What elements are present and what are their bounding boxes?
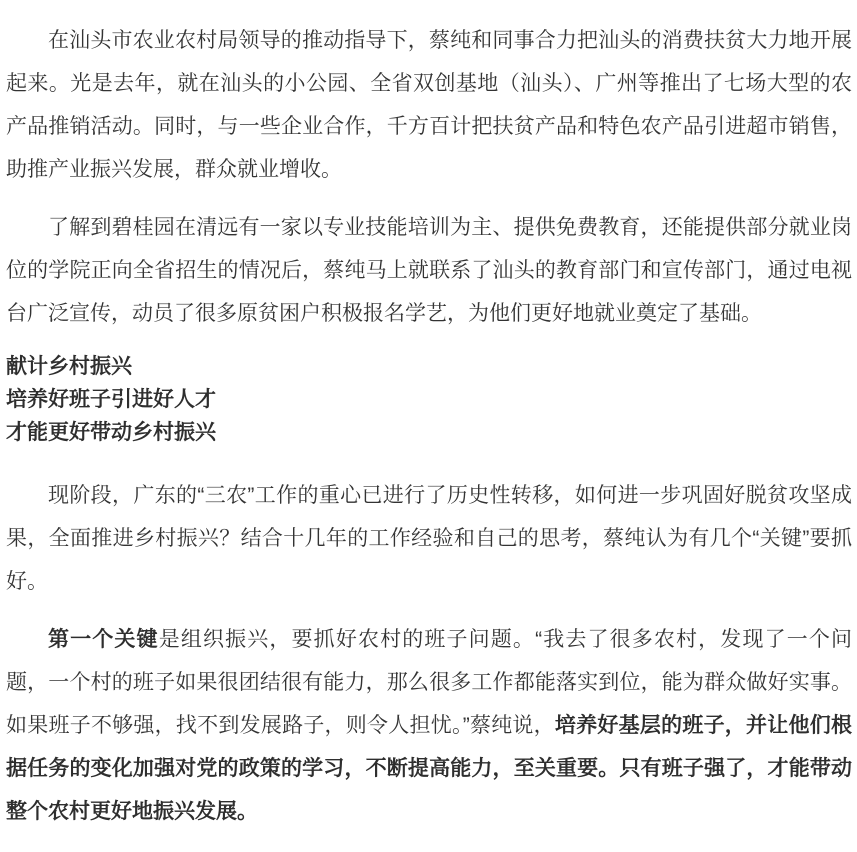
- article-paragraph: 了解到碧桂园在清远有一家以专业技能培训为主、提供免费教育，还能提供部分就业岗位的…: [6, 206, 852, 335]
- article-paragraph: 在汕头市农业农村局领导的推动指导下，蔡纯和同事合力把汕头的消费扶贫大力地开展起来…: [6, 19, 852, 191]
- article-paragraph: 现阶段，广东的“三农”工作的重心已进行了历史性转移，如何进一步巩固好脱贫攻坚成果…: [6, 474, 852, 603]
- text-run: 在汕头市农业农村局领导的推动指导下，蔡纯和同事合力把汕头的消费扶贫大力地开展起来…: [6, 29, 852, 181]
- heading-line: 培养好班子引进好人才: [6, 383, 852, 416]
- article-body: 在汕头市农业农村局领导的推动指导下，蔡纯和同事合力把汕头的消费扶贫大力地开展起来…: [0, 0, 857, 833]
- text-run: 了解到碧桂园在清远有一家以专业技能培训为主、提供免费教育，还能提供部分就业岗位的…: [6, 216, 852, 325]
- text-run: 现阶段，广东的“三农”工作的重心已进行了历史性转移，如何进一步巩固好脱贫攻坚成果…: [6, 484, 852, 593]
- article-paragraph: 第一个关键是组织振兴，要抓好农村的班子问题。“我去了很多农村，发现了一个问题，一…: [6, 618, 852, 833]
- bold-text-run: 第一个关键: [48, 628, 159, 651]
- heading-line: 献计乡村振兴: [6, 350, 852, 383]
- heading-line: 才能更好带动乡村振兴: [6, 416, 852, 449]
- section-heading: 献计乡村振兴培养好班子引进好人才才能更好带动乡村振兴: [6, 350, 852, 449]
